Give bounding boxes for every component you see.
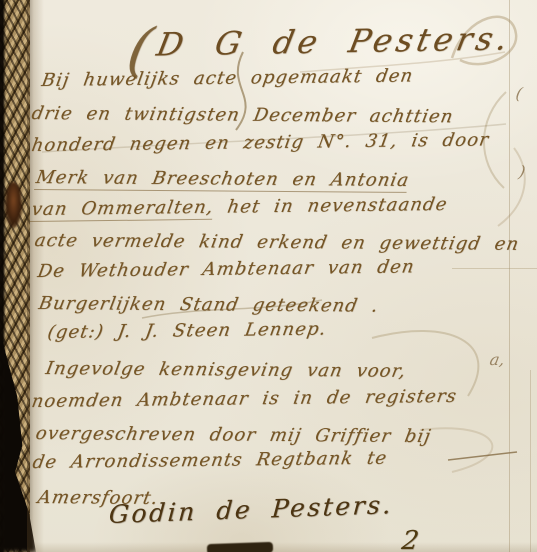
page-fold-line-lower [530,370,531,552]
cutoff-numeral: 2 [400,526,421,552]
manuscript-line: (get:) J. J. Steen Lennep. [46,319,328,343]
paper-crease [452,268,537,269]
heading-title: D G de Pesters. [154,19,515,63]
manuscript-page: ( D G de Pesters. Bij huwelijks acte opg… [0,0,537,552]
manuscript-line: drie en twintigsten December achttien [30,103,455,127]
line-continuation: het in nevenstaande [212,194,449,218]
manuscript-line: de Arrondissements Regtbank te [31,448,389,473]
manuscript-line: Burgerlijken Stand geteekend . [37,293,381,317]
manuscript-line: Ingevolge kennisgeving van voor, [44,358,408,382]
manuscript-line: acte vermelde kind erkend en gewettigd e… [33,230,521,255]
underlined-name: van Ommeralten, [30,197,216,222]
page-fold-line [509,0,510,552]
cutoff-ink-stroke [207,542,273,552]
manuscript-line: overgeschreven door mij Griffier bij [34,423,433,447]
manuscript-line-underlined: Merk van Breeschoten en Antonia [34,167,411,193]
binding-knot [5,182,22,228]
